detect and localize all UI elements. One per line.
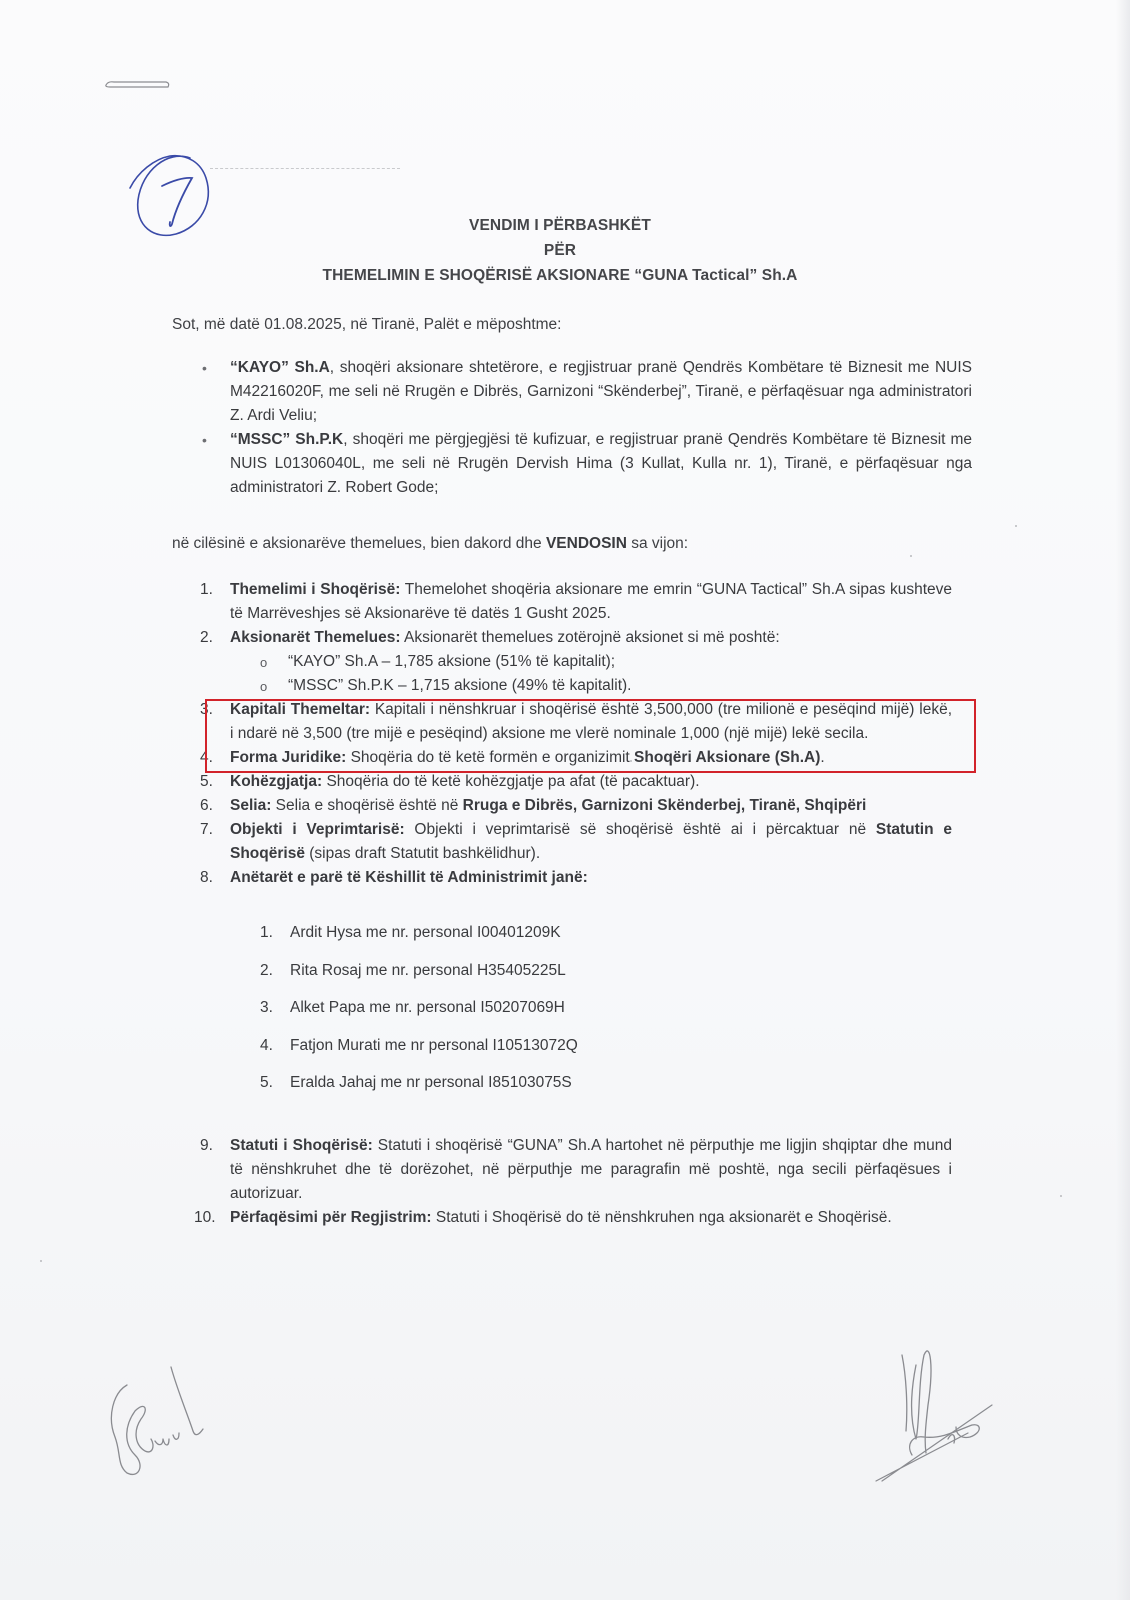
article-7: 7. Objekti i Veprimtarisë: Objekti i vep… <box>200 818 952 866</box>
member-text: Ardit Hysa me nr. personal I00401209K <box>290 924 561 941</box>
article-number: 2. <box>200 626 226 650</box>
circle-bullet-icon: o <box>260 675 267 699</box>
party-description: , shoqëri aksionare shtetërore, e regjis… <box>230 359 972 424</box>
article-10: 10. Përfaqësimi për Regjistrim: Statuti … <box>200 1206 952 1230</box>
party-name: “MSSC” Sh.P.K <box>230 431 343 448</box>
party-item: • “MSSC” Sh.P.K, shoqëri me përgjegjësi … <box>200 428 972 500</box>
signature-right-icon <box>872 1335 1002 1485</box>
board-member-item: 4.Fatjon Murati me nr personal I10513072… <box>260 1027 952 1065</box>
article-number: 6. <box>200 794 226 818</box>
shareholders-sublist: o “KAYO” Sh.A – 1,785 aksione (51% të ka… <box>230 650 952 698</box>
shareholder-text: “MSSC” Sh.P.K – 1,715 aksione (49% të ka… <box>288 677 631 694</box>
article-5: 5. Kohëzgjatja: Shoqëria do të ketë kohë… <box>200 770 952 794</box>
member-text: Fatjon Murati me nr personal I10513072Q <box>290 1037 578 1054</box>
article-number: 8. <box>200 866 226 890</box>
article-heading: Kohëzgjatja: <box>230 773 322 790</box>
member-number: 1. <box>260 914 273 952</box>
board-member-item: 1.Ardit Hysa me nr. personal I00401209K <box>260 914 952 952</box>
member-number: 4. <box>260 1027 273 1065</box>
article-number: 10. <box>194 1206 220 1230</box>
title-line-3: THEMELIMIN E SHOQËRISË AKSIONARE “GUNA T… <box>170 263 950 288</box>
member-text: Eralda Jahaj me nr personal I85103075S <box>290 1074 572 1091</box>
member-number: 5. <box>260 1064 273 1102</box>
scan-artifact-rule <box>210 168 400 169</box>
article-text: Objekti i veprimtarisë së shoqërisë ësht… <box>405 821 876 838</box>
resolution-keyword: VENDOSIN <box>546 535 627 552</box>
article-text-end: (sipas draft Statutit bashkëlidhur). <box>305 845 540 862</box>
article-heading: Themelimi i Shoqërisë: <box>230 581 400 598</box>
scan-speck <box>1015 525 1017 527</box>
member-text: Rita Rosaj me nr. personal H35405225L <box>290 962 566 979</box>
svg-text:7: 7 <box>128 148 129 149</box>
board-members-list: 1.Ardit Hysa me nr. personal I00401209K … <box>230 914 952 1102</box>
highlight-box-capital <box>205 699 976 773</box>
article-heading: Objekti i Veprimtarisë: <box>230 821 405 838</box>
scan-speck <box>1060 1195 1062 1197</box>
article-text: Selia e shoqërisë është në <box>271 797 462 814</box>
article-2: 2. Aksionarët Themelues: Aksionarët them… <box>200 626 952 698</box>
article-text: Statuti i Shoqërisë do të nënshkruhen ng… <box>432 1209 892 1226</box>
party-name: “KAYO” Sh.A <box>230 359 330 376</box>
circle-bullet-icon: o <box>260 651 267 675</box>
shareholder-item: o “KAYO” Sh.A – 1,785 aksione (51% të ka… <box>260 650 952 674</box>
scan-speck <box>40 1260 42 1262</box>
article-heading: Anëtarët e parë të Këshillit të Administ… <box>230 869 588 886</box>
resolution-text: në cilësinë e aksionarëve themelues, bie… <box>172 535 546 552</box>
board-member-item: 3.Alket Papa me nr. personal I50207069H <box>260 989 952 1027</box>
article-heading: Përfaqësimi për Regjistrim: <box>230 1209 432 1226</box>
bullet-icon: • <box>202 356 207 380</box>
board-member-item: 2.Rita Rosaj me nr. personal H35405225L <box>260 952 952 990</box>
member-number: 3. <box>260 989 273 1027</box>
resolution-statement: në cilësinë e aksionarëve themelues, bie… <box>172 535 688 553</box>
shareholder-text: “KAYO” Sh.A – 1,785 aksione (51% të kapi… <box>288 653 615 670</box>
resolution-text-end: sa vijon: <box>627 535 688 552</box>
scanned-document-page: 7 VENDIM I PËRBASHKËT PËR THEMELIMIN E S… <box>0 0 1130 1600</box>
member-text: Alket Papa me nr. personal I50207069H <box>290 999 565 1016</box>
scan-edge-shadow <box>1116 0 1130 1600</box>
article-9: 9. Statuti i Shoqërisë: Statuti i shoqër… <box>200 1134 952 1206</box>
title-line-1: VENDIM I PËRBASHKËT <box>170 213 950 238</box>
article-1: 1. Themelimi i Shoqërisë: Themelohet sho… <box>200 578 952 626</box>
article-emphasis: Rruga e Dibrës, Garnizoni Skënderbej, Ti… <box>463 797 867 814</box>
signature-left-icon <box>105 1365 215 1485</box>
article-heading: Selia: <box>230 797 271 814</box>
article-6: 6. Selia: Selia e shoqërisë është në Rru… <box>200 794 952 818</box>
shareholder-item: o “MSSC” Sh.P.K – 1,715 aksione (49% të … <box>260 674 952 698</box>
parties-list: • “KAYO” Sh.A, shoqëri aksionare shtetër… <box>200 356 972 500</box>
staple-mark-icon <box>102 78 172 92</box>
article-number: 1. <box>200 578 226 602</box>
scan-speck <box>630 760 632 762</box>
scan-speck <box>910 555 912 557</box>
member-number: 2. <box>260 952 273 990</box>
intro-paragraph: Sot, më datë 01.08.2025, në Tiranë, Palë… <box>172 316 561 334</box>
bullet-icon: • <box>202 428 207 452</box>
article-text: Aksionarët themelues zotërojnë aksionet … <box>401 629 780 646</box>
article-8: 8. Anëtarët e parë të Këshillit të Admin… <box>200 866 952 1102</box>
document-title: VENDIM I PËRBASHKËT PËR THEMELIMIN E SHO… <box>170 213 950 288</box>
board-member-item: 5.Eralda Jahaj me nr personal I85103075S <box>260 1064 952 1102</box>
articles-list: 1. Themelimi i Shoqërisë: Themelohet sho… <box>200 578 952 1230</box>
article-heading: Aksionarët Themelues: <box>230 629 401 646</box>
article-heading: Statuti i Shoqërisë: <box>230 1137 373 1154</box>
article-number: 7. <box>200 818 226 842</box>
title-line-2: PËR <box>170 238 950 263</box>
article-text: Shoqëria do të ketë kohëzgjatje pa afat … <box>322 773 699 790</box>
article-number: 9. <box>200 1134 226 1158</box>
article-number: 5. <box>200 770 226 794</box>
party-item: • “KAYO” Sh.A, shoqëri aksionare shtetër… <box>200 356 972 428</box>
